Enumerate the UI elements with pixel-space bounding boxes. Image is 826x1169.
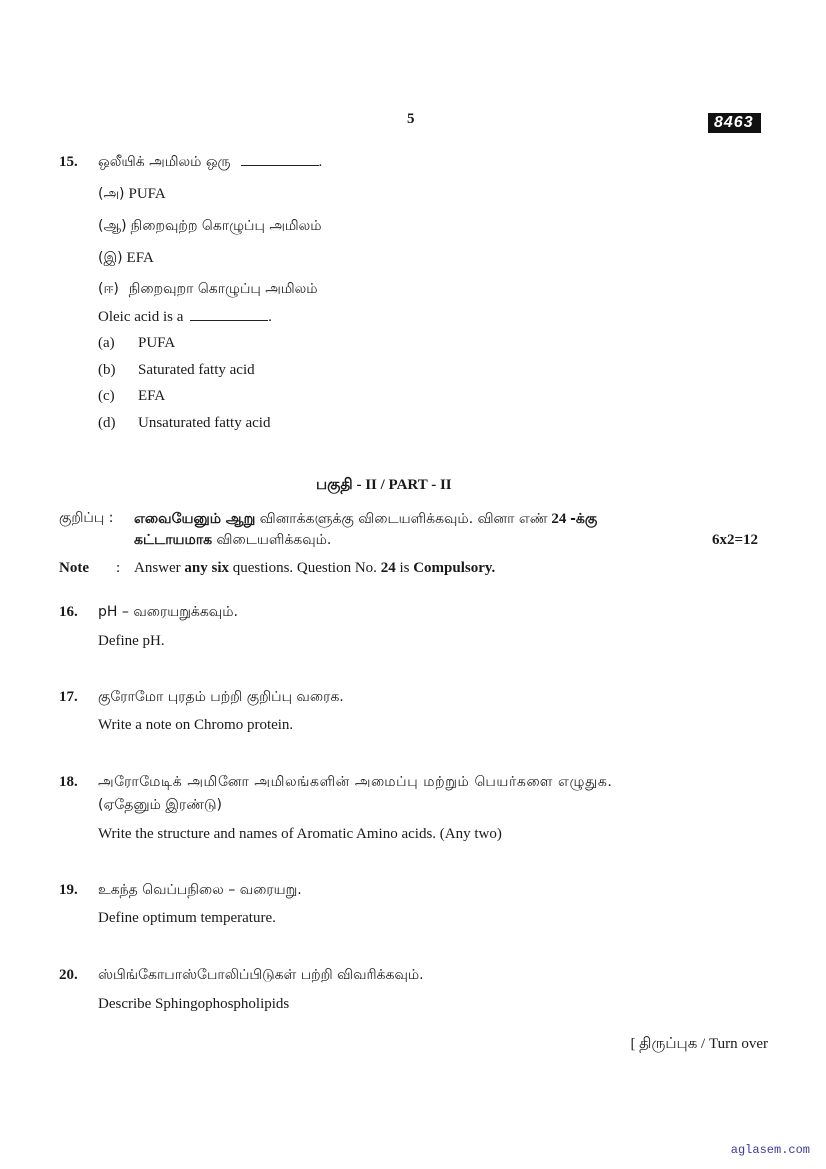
note-question-number: 24 xyxy=(548,511,571,527)
question-english: Define optimum temperature. xyxy=(98,910,276,927)
watermark: aglasem.com xyxy=(731,1143,810,1157)
note-emphasis: 24 xyxy=(381,560,396,576)
option-label: (b) xyxy=(98,362,138,379)
option-text: EFA xyxy=(127,250,154,266)
option-text: PUFA xyxy=(128,186,165,202)
option-text: நிறைவுற்ற கொழுப்பு அமிலம் xyxy=(131,218,322,234)
tamil-note-line2: கட்டாயமாக விடையளிக்கவும். xyxy=(134,531,331,550)
question-tamil-line2: (ஏதேனும் இரண்டு) xyxy=(98,797,222,815)
english-option: (b)Saturated fatty acid xyxy=(98,362,255,379)
tamil-option: (அ) PUFA xyxy=(98,185,166,204)
note-label: Note xyxy=(59,560,89,577)
question-english: Define pH. xyxy=(98,633,165,650)
question-number: 18. xyxy=(59,774,78,791)
question-tamil: உகந்த வெப்பநிலை – வரையறு. xyxy=(98,882,302,900)
question-number: 17. xyxy=(59,689,78,706)
english-note: Answer any six questions. Question No. 2… xyxy=(134,560,495,577)
question-tamil: pH – வரையறுக்கவும். xyxy=(98,604,238,622)
question-15-tamil-stem: ஒலீயிக் அமிலம் ஒரு . xyxy=(98,153,322,172)
english-option: (d)Unsaturated fatty acid xyxy=(98,415,270,432)
question-number: 19. xyxy=(59,882,78,899)
note-text: Answer xyxy=(134,560,184,576)
tamil-note-label: குறிப்பு : xyxy=(59,510,113,528)
question-tamil: குரோமோ புரதம் பற்றி குறிப்பு வரைக. xyxy=(98,689,344,707)
answer-blank xyxy=(241,153,319,166)
note-text: விடையளிக்கவும். xyxy=(212,532,331,548)
option-text: EFA xyxy=(138,388,165,404)
question-number: 16. xyxy=(59,604,78,621)
option-text: Unsaturated fatty acid xyxy=(138,415,270,431)
question-tamil: அரோமேடிக் அமினோ அமிலங்களின் அமைப்பு மற்ற… xyxy=(98,774,612,792)
english-option: (c)EFA xyxy=(98,388,165,405)
question-number: 20. xyxy=(59,967,78,984)
tamil-option: (ஆ) நிறைவுற்ற கொழுப்பு அமிலம் xyxy=(98,217,322,236)
answer-blank xyxy=(190,308,268,321)
note-suffix: -க்கு xyxy=(570,511,597,527)
question-english: Write a note on Chromo protein. xyxy=(98,717,293,734)
paper-code-badge: 8463 xyxy=(708,113,761,133)
option-label: (அ) xyxy=(98,186,124,202)
option-text: PUFA xyxy=(138,335,175,351)
option-text: Saturated fatty acid xyxy=(138,362,255,378)
option-label: (d) xyxy=(98,415,138,432)
question-english: Describe Sphingophospholipids xyxy=(98,996,289,1013)
turn-over-label: [ திருப்புக / Turn over xyxy=(630,1035,768,1054)
question-english: Write the structure and names of Aromati… xyxy=(98,826,502,843)
marks-label: 6x2=12 xyxy=(712,532,758,549)
tamil-option: (இ) EFA xyxy=(98,249,154,268)
stem-text: ஒலீயிக் அமிலம் ஒரு xyxy=(98,154,231,170)
english-option: (a)PUFA xyxy=(98,335,175,352)
note-text: questions. Question No. xyxy=(229,560,381,576)
note-emphasis: கட்டாயமாக xyxy=(134,532,212,548)
option-text: நிறைவுறா கொழுப்பு அமிலம் xyxy=(129,281,318,297)
note-emphasis: Compulsory. xyxy=(413,560,495,576)
note-text: வினாக்களுக்கு விடையளிக்கவும். வினா எண் xyxy=(255,511,547,527)
note-emphasis: any six xyxy=(184,560,229,576)
option-label: (ஆ) xyxy=(98,218,127,234)
tamil-note-line1: எவையேனும் ஆறு வினாக்களுக்கு விடையளிக்கவு… xyxy=(134,510,597,529)
question-15-english-stem: Oleic acid is a . xyxy=(98,308,272,326)
option-label: (c) xyxy=(98,388,138,405)
option-label: (a) xyxy=(98,335,138,352)
note-text: is xyxy=(396,560,414,576)
note-emphasis: எவையேனும் ஆறு xyxy=(134,511,255,527)
tamil-option: (ஈ) நிறைவுறா கொழுப்பு அமிலம் xyxy=(98,280,318,299)
question-number: 15. xyxy=(59,154,78,171)
stem-text: Oleic acid is a xyxy=(98,309,183,325)
note-colon: : xyxy=(116,560,120,577)
question-tamil: ஸ்பிங்கோபாஸ்போலிப்பிடுகள் பற்றி விவரிக்க… xyxy=(98,967,424,985)
option-label: (இ) xyxy=(98,250,123,266)
option-label: (ஈ) xyxy=(98,281,119,297)
page-number: 5 xyxy=(407,111,415,128)
part-heading: பகுதி - II / PART - II xyxy=(316,476,452,495)
